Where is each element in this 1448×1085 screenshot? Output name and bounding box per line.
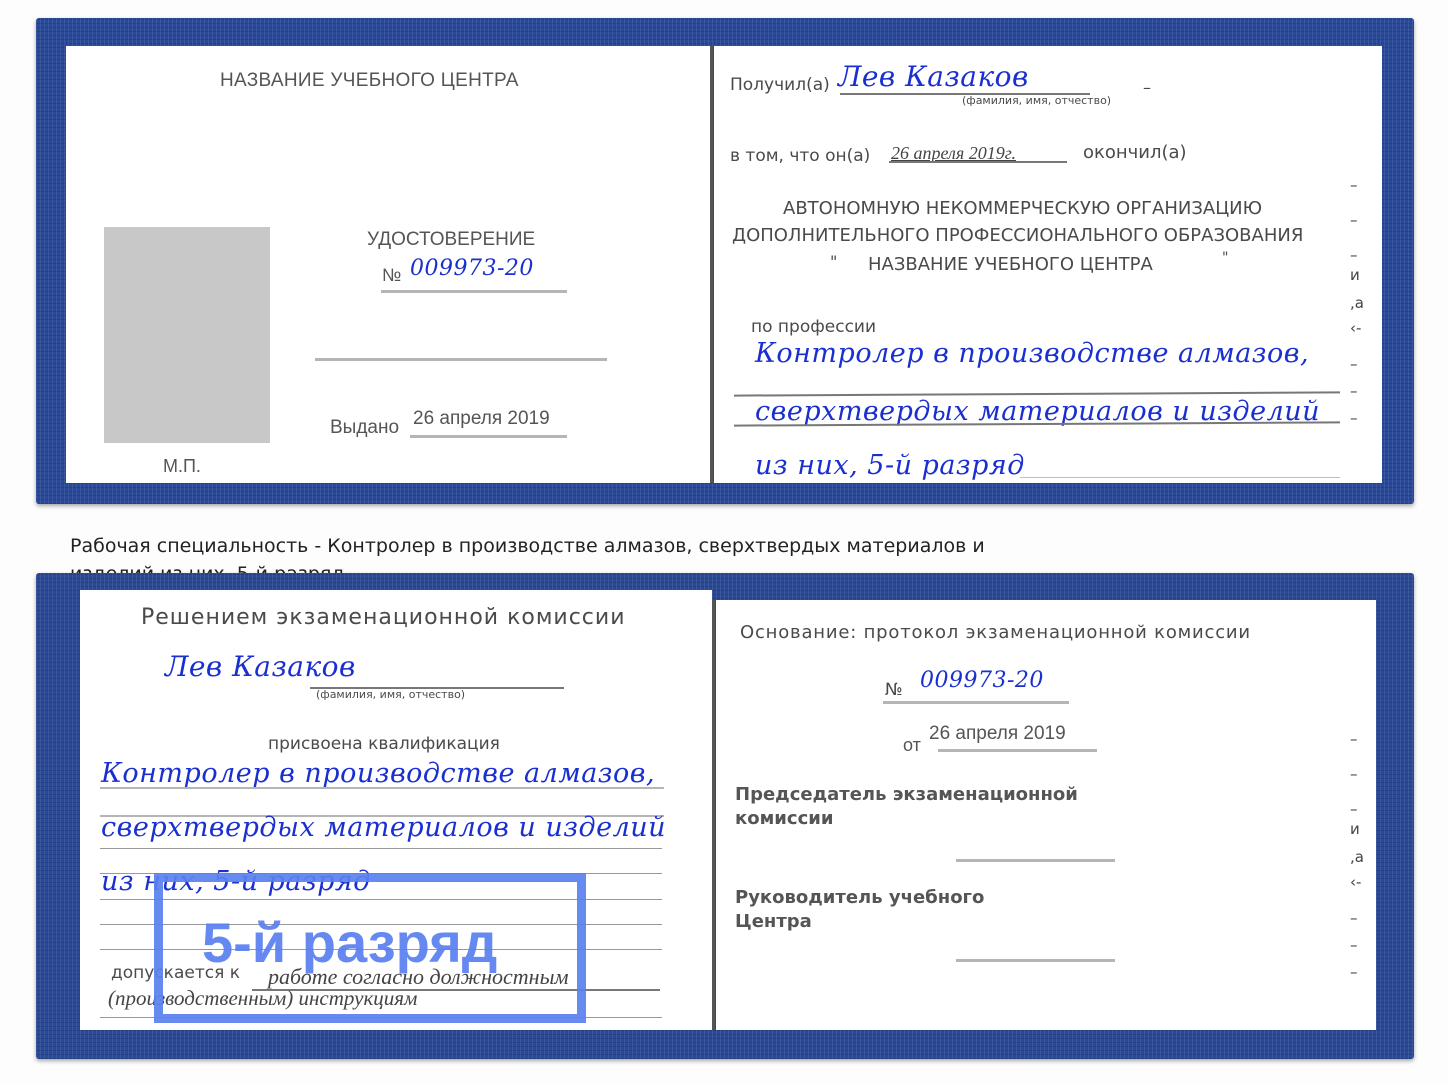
protocol-date: 26 апреля 2019	[929, 723, 1066, 745]
edge-mark: ‹-	[1350, 875, 1364, 911]
basis-label: Основание: протокол экзаменационной коми…	[740, 622, 1251, 643]
recipient-name: Лев Казаков	[838, 60, 1029, 93]
recipient-dash: –	[1143, 78, 1151, 97]
qualification-label: присвоена квалификация	[268, 734, 500, 754]
issued-date: 26 апреля 2019	[413, 408, 550, 430]
head-label-2: Центра	[735, 911, 812, 932]
edge-mark: –	[1350, 411, 1364, 438]
from-label: от	[903, 735, 921, 756]
org-quote-open: "	[830, 252, 837, 271]
number-label: №	[382, 265, 401, 286]
number-underline	[381, 290, 567, 293]
stamp-place-label: М.П.	[163, 456, 201, 477]
protocol-number: 009973-20	[920, 668, 1044, 693]
chairman-label-1: Председатель экзаменационной	[735, 784, 1078, 805]
head-label-1: Руководитель учебного	[735, 887, 984, 908]
edge-mark: и	[1350, 268, 1364, 296]
org-line-3: НАЗВАНИЕ УЧЕБНОГО ЦЕНТРА	[868, 254, 1153, 275]
top-edge-marks: – – – и ,а ‹- – – –	[1350, 178, 1364, 438]
head-signature-line	[956, 959, 1115, 962]
edge-mark: –	[1350, 384, 1364, 411]
profession-label: по профессии	[751, 317, 876, 337]
edge-mark: –	[1350, 248, 1364, 268]
signature-line	[315, 358, 607, 361]
photo-placeholder	[104, 227, 270, 443]
org-line-1: АВТОНОМНУЮ НЕКОММЕРЧЕСКУЮ ОРГАНИЗАЦИЮ	[783, 198, 1262, 219]
bottom-spine-fold	[712, 600, 715, 1030]
profession-underline-3	[1020, 477, 1340, 478]
received-label: Получил(а)	[730, 75, 830, 95]
edge-mark: –	[1350, 911, 1364, 938]
that-label: в том, что он(а)	[730, 146, 870, 166]
chairman-label-2: комиссии	[735, 808, 833, 829]
top-spine-fold	[710, 46, 713, 483]
edge-mark: –	[1350, 767, 1364, 802]
profession-line-3: из них, 5-й разряд	[755, 450, 1025, 481]
edge-mark: ‹-	[1350, 321, 1364, 357]
training-center-name: НАЗВАНИЕ УЧЕБНОГО ЦЕНТРА	[220, 70, 519, 92]
completion-underline	[889, 161, 1067, 163]
qualification-line-2: сверхтвердых материалов и изделий	[101, 812, 666, 843]
org-line-2: ДОПОЛНИТЕЛЬНОГО ПРОФЕССИОНАЛЬНОГО ОБРАЗО…	[732, 225, 1303, 246]
bottom-name-hint: (фамилия, имя, отчество)	[316, 688, 465, 701]
qualification-underline-2	[100, 848, 662, 849]
name-hint: (фамилия, имя, отчество)	[962, 94, 1111, 107]
bottom-recipient-name: Лев Казаков	[165, 650, 356, 683]
certificate-number: 009973-20	[410, 256, 534, 281]
edge-mark: –	[1350, 213, 1364, 248]
finished-label: окончил(а)	[1083, 142, 1187, 163]
edge-mark: –	[1350, 178, 1364, 213]
issued-label: Выдано	[330, 417, 399, 439]
issued-underline	[410, 435, 567, 438]
qualification-underline-1	[100, 787, 664, 789]
decision-title: Решением экзаменационной комиссии	[141, 605, 626, 630]
protocol-number-label: №	[885, 680, 903, 700]
protocol-date-underline	[938, 749, 1097, 752]
protocol-number-underline	[883, 701, 1069, 704]
edge-mark: ,а	[1350, 850, 1364, 875]
edge-mark: –	[1350, 938, 1364, 965]
edge-mark: –	[1350, 732, 1364, 767]
bottom-edge-marks: – – – и ,а ‹- – – –	[1350, 732, 1364, 992]
edge-mark: –	[1350, 357, 1364, 384]
edge-mark: ,а	[1350, 296, 1364, 321]
edge-mark: –	[1350, 802, 1364, 822]
qualification-line-1: Контролер в производстве алмазов,	[101, 758, 655, 789]
edge-mark: –	[1350, 965, 1364, 992]
document-title: УДОСТОВЕРЕНИЕ	[367, 229, 535, 251]
chairman-signature-line	[956, 859, 1115, 862]
edge-mark: и	[1350, 822, 1364, 850]
profession-line-1: Контролер в производстве алмазов,	[755, 338, 1309, 369]
org-quote-close: "	[1222, 250, 1228, 266]
grade-stamp-text: 5-й разряд	[202, 910, 497, 975]
